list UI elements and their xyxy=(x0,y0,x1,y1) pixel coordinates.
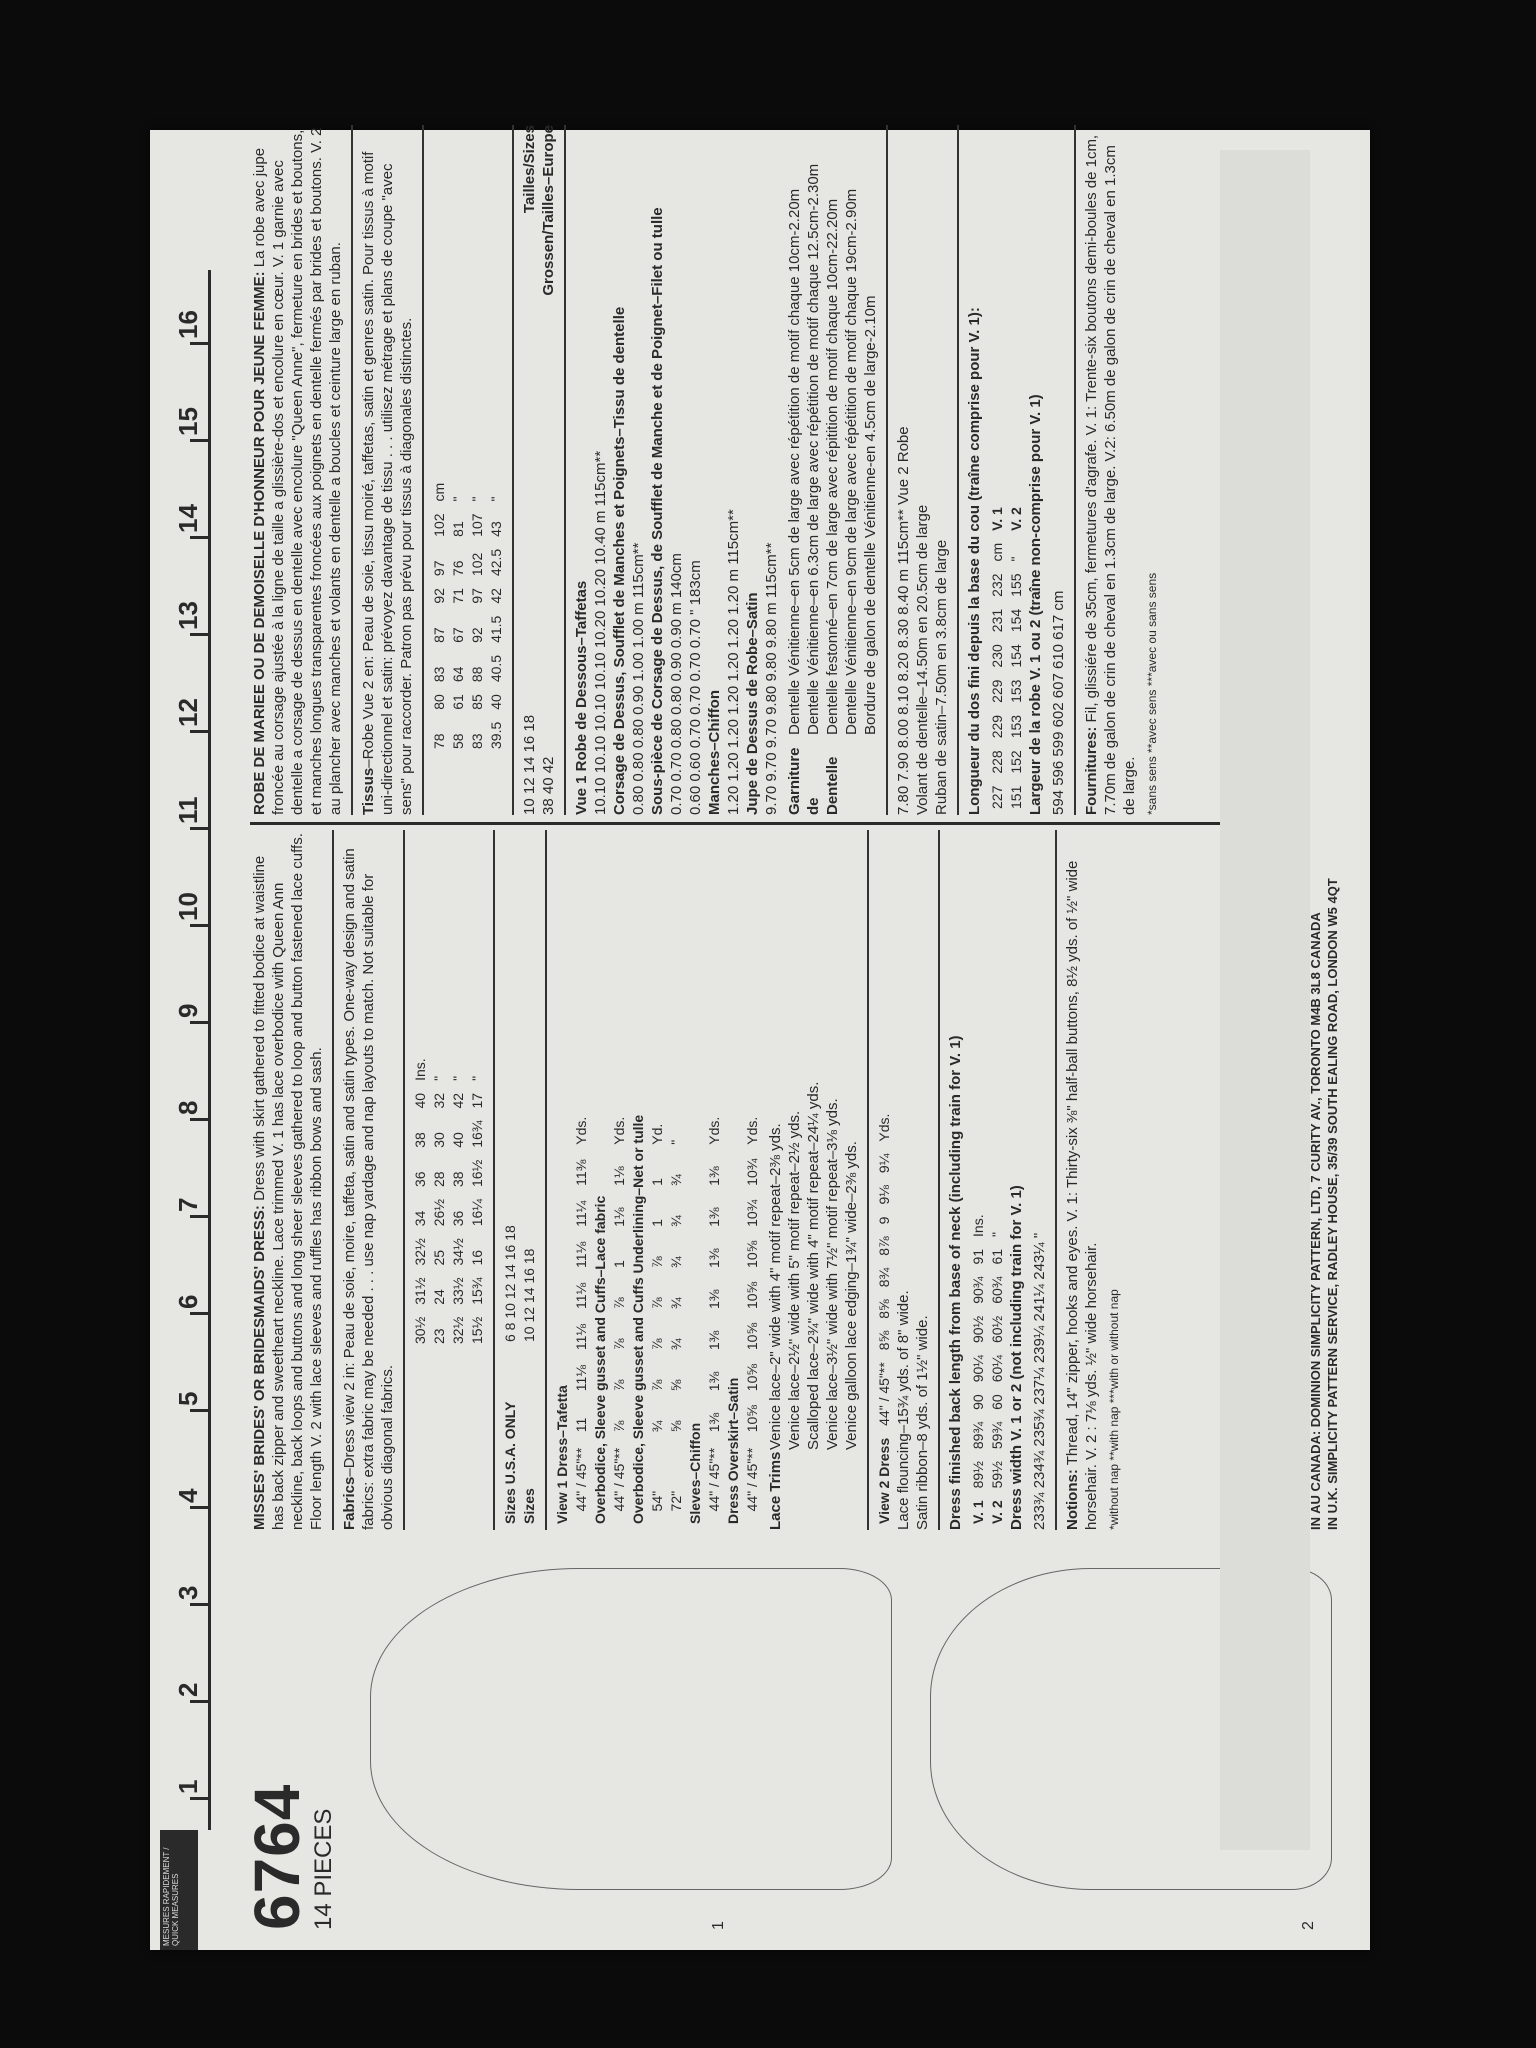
lace-trims-list: Venice lace–2" wide with 4" motif repeat… xyxy=(766,1082,861,1450)
ruler-tick xyxy=(190,1118,208,1121)
fabric-label-row: View 1 Dress–Tafetta xyxy=(553,1109,572,1530)
fabric-label-row: Sleves–Chiffon xyxy=(686,1109,705,1530)
french-section: ROBE DE MARIEE OU DE DEMOISELLE D'HONNEU… xyxy=(250,125,1166,815)
metrage-values: 1.20 1.20 1.20 1.20 1.20 1.20 1.20 m 115… xyxy=(724,125,743,815)
view-1-label: 1 xyxy=(710,1921,728,1930)
view2-extra: Lace flouncing–15¾ yds. of 8" wide. xyxy=(894,830,913,1530)
fournitures-label: Fournitures: xyxy=(1083,727,1100,815)
tissus-label: Tissus xyxy=(360,768,377,815)
metrage-label: Vue 1 Robe de Dessous–Taffetas xyxy=(572,125,591,815)
ruler-number: 5 xyxy=(173,1392,204,1406)
largeur-title: Largeur de la robe V. 1 ou 2 (traîne non… xyxy=(1026,125,1045,815)
yardage-row: 72"⅝⅝¾¾¾¾¾" xyxy=(667,1109,686,1530)
footer-line-3: IN U.K. SIMPLICITY PATTERN SERVICE, RADL… xyxy=(1324,740,1341,1530)
ruler-tick xyxy=(190,1409,208,1412)
fabrics-label: Fabrics xyxy=(341,1477,358,1530)
ruler-tick xyxy=(190,730,208,733)
measurement-row: 32½33½34½36384042" xyxy=(449,1052,468,1350)
english-section: MISSES' BRIDES' OR BRIDESMAIDS' DRESS: D… xyxy=(250,830,1128,1530)
metrage-values: 10.10 10.10 10.10 10.10 10.20 10.20 10.4… xyxy=(591,125,610,815)
french-title: ROBE DE MARIEE OU DE DEMOISELLE D'HONNEU… xyxy=(251,271,268,815)
ruler-tick xyxy=(190,342,208,345)
ruler-tick xyxy=(190,439,208,442)
yardage-row: 44" / 45"**1111⅛11⅛11⅛11⅛11¼11⅜Yds. xyxy=(572,1109,591,1530)
metrage-values: 0.80 0.80 0.80 0.90 1.00 1.00 m 115cm** xyxy=(629,125,648,815)
lace-trim-item: Venice lace–2" wide with 4" motif repeat… xyxy=(766,1082,785,1450)
ruler-tick xyxy=(190,633,208,636)
yardage-row: 54"¾⅞⅞⅞⅞11Yd. xyxy=(648,1109,667,1530)
fabric-label-row: Overbodice, Sleeve gusset and Cuffs Unde… xyxy=(629,1109,648,1530)
measurement-row: 30½31½32½34363840Ins. xyxy=(411,1052,430,1350)
measurement-row: 58616467717681" xyxy=(449,477,468,755)
ruler-tick xyxy=(190,1700,208,1703)
yardage-row: 44" / 45"**⅞⅞⅞⅞11⅛1⅛Yds. xyxy=(610,1109,629,1530)
yardage-row: 44" / 45"**1⅜1⅜1⅜1⅜1⅜1⅜1⅜Yds. xyxy=(705,1109,724,1530)
metrage-list: Vue 1 Robe de Dessous–Taffetas10.10 10.1… xyxy=(572,125,781,815)
back-length-row: V. 189½89¾9090¼90½90¾91Ins. xyxy=(969,1208,988,1530)
fabric-label-row: Overbodice, Sleeve gusset and Cuffs–Lace… xyxy=(591,1109,610,1530)
column-divider xyxy=(250,822,1290,825)
ruler-number: 12 xyxy=(173,698,204,727)
measurement-row: 8385889297102107" xyxy=(468,477,487,755)
back-length-row: V. 259½59¾6060¼60½60¾61" xyxy=(988,1208,1007,1530)
lace-trim-item: Venice lace–2½" wide with 5" motif repea… xyxy=(785,1082,804,1450)
vue2-extra: Volant de dentelle–14.50m en 20.5cm de l… xyxy=(913,125,932,815)
longueur-title: Longueur du dos fini depuis la base du c… xyxy=(965,125,984,815)
pattern-envelope: MESURES RAPIDEMENT / QUICK MEASURES 1234… xyxy=(150,130,1370,1950)
europe-label: Grossen/Tailles–Europe xyxy=(539,125,558,296)
measurement-row: 15½15¾1616¼16½16¾17" xyxy=(468,1052,487,1350)
yardage-row: 44" / 45"**10⅝10⅝10⅝10⅝10⅝10¾10¾Yds. xyxy=(743,1109,762,1530)
ruler-number: 10 xyxy=(173,892,204,921)
french-footnote: *sans sens **avec sens ***avec ou sans s… xyxy=(1143,125,1162,815)
sizes-usa-label: Sizes U.S.A. ONLY xyxy=(501,1348,520,1530)
fournitures-text: Fil, glissiére de 35cm, fermetures d'agr… xyxy=(1083,135,1138,815)
ruler-tick xyxy=(190,1312,208,1315)
ruler-label: MESURES RAPIDEMENT / QUICK MEASURES xyxy=(160,1830,198,1950)
view2-table: View 2 Dress44" / 45"**8⅝8⅝8¾8⅞99⅛9¼Yds. xyxy=(875,1108,894,1530)
notions-label: Notions: xyxy=(1064,1469,1081,1530)
body-measurements-table: 30½31½32½34363840Ins.23242526½283032"32½… xyxy=(411,1052,487,1350)
metrage-label: Jupe de Dessus de Robe–Satin xyxy=(743,125,762,815)
lace-trim-item: Scalloped lace–2¾" wide with 4" motif re… xyxy=(804,1082,823,1450)
sizes-table: Sizes U.S.A. ONLY6 8 10 12 14 16 18 Size… xyxy=(501,1219,539,1530)
longueur-table: 227228229229230231232cmV. 11511521531531… xyxy=(988,501,1026,815)
tissus-text: –Robe Vue 2 en: Peau de soie, tissu moir… xyxy=(360,152,415,815)
metrage-label: Corsage de Dessus, Soufflet de Manches e… xyxy=(610,125,629,815)
measurement-row: 788083879297102cm xyxy=(430,477,449,755)
tailles-label: Tailles/Sizes xyxy=(520,125,539,296)
garniture-list: Dentelle Vénitienne–en 5cm de large avec… xyxy=(785,164,880,735)
vue2-extra: Ruban de satin–7.50m en 3.8cm de large xyxy=(932,125,951,815)
french-sizes: 10 12 14 16 18 xyxy=(520,715,539,815)
lace-trim-item: Venice lace–3½" wide with 7½" motif repe… xyxy=(823,1082,842,1450)
back-length-title: Dress finished back length from base of … xyxy=(946,830,965,1530)
ruler-number: 14 xyxy=(173,504,204,533)
french-measurements-table: 788083879297102cm58616467717681"83858892… xyxy=(430,477,506,755)
longueur-row: 151152153153154154155"V. 2 xyxy=(1007,501,1026,815)
metrage-label: Manches–Chiffon xyxy=(705,125,724,815)
ruler-tick xyxy=(190,924,208,927)
back-length-table: V. 189½89¾9090¼90½90¾91Ins.V. 259½59¾606… xyxy=(969,1208,1007,1530)
ruler-number: 6 xyxy=(173,1295,204,1309)
ruler-number: 16 xyxy=(173,310,204,339)
envelope-flap xyxy=(1220,150,1310,1850)
width-values: 233¾ 234¾ 235¾ 237¼ 239¼ 241¼ 243¼ " xyxy=(1030,830,1049,1530)
garniture-item: Dentelle festonné–en 7cm de large avec r… xyxy=(823,164,842,735)
europe-sizes: 38 40 42 xyxy=(539,715,558,815)
fabrics-text: –Dress view 2 in: Peau de soie, moire, t… xyxy=(341,848,396,1530)
longueur-row: 227228229229230231232cmV. 1 xyxy=(988,501,1007,815)
measurement-row: 23242526½283032" xyxy=(430,1052,449,1350)
ruler-tick xyxy=(190,1215,208,1218)
yardage-table: View 1 Dress–Tafetta44" / 45"**1111⅛11⅛1… xyxy=(553,1109,762,1530)
ruler-number: 9 xyxy=(173,1004,204,1018)
english-footnote: *without nap **with nap ***with or witho… xyxy=(1105,830,1124,1530)
sizes-label: Sizes xyxy=(520,1348,539,1530)
ruler-number: 3 xyxy=(173,1586,204,1600)
metrage-values: 9.70 9.70 9.70 9.80 9.80 9.80 m 115cm** xyxy=(762,125,781,815)
ruler-number: 2 xyxy=(173,1683,204,1697)
metrage-values: 0.70 0.70 0.80 0.80 0.90 0.90 m 140cm xyxy=(667,125,686,815)
ruler-tick xyxy=(190,1021,208,1024)
ruler-number: 8 xyxy=(173,1101,204,1115)
garniture-item: Dentelle Vénitienne–en 9cm de large avec… xyxy=(842,164,861,735)
largeur-values: 594 596 599 602 607 610 617 cm xyxy=(1049,125,1068,815)
fabric-label-row: Dress Overskirt–Satin xyxy=(724,1109,743,1530)
piece-count: 14 PIECES xyxy=(310,1809,338,1930)
metrage-values: 0.60 0.60 0.70 0.70 0.70 0.70 " 183cm xyxy=(686,125,705,815)
ruler-tick xyxy=(190,1506,208,1509)
ruler-number: 7 xyxy=(173,1198,204,1212)
view2-row: View 2 Dress44" / 45"**8⅝8⅝8¾8⅞99⅛9¼Yds. xyxy=(875,1108,894,1530)
view2-extra: Satin ribbon–8 yds. of 1½" wide. xyxy=(913,830,932,1530)
dress-illustration-view-1 xyxy=(370,1568,892,1890)
envelope-back-content: MESURES RAPIDEMENT / QUICK MEASURES 1234… xyxy=(150,130,1370,1950)
ruler-number: 15 xyxy=(173,407,204,436)
width-title: Dress width V. 1 or 2 (not including tra… xyxy=(1007,830,1026,1530)
ruler-tick xyxy=(190,827,208,830)
pattern-number: 6764 xyxy=(240,1784,314,1930)
garniture-item: Dentelle Vénitienne–en 5cm de large avec… xyxy=(785,164,804,735)
ruler-number: 1 xyxy=(173,1780,204,1794)
english-title: MISSES' BRIDES' OR BRIDESMAIDS' DRESS: xyxy=(251,1205,268,1530)
vue2-row: 7.80 7.90 8.00 8.10 8.20 8.30 8.40 m 115… xyxy=(894,125,913,815)
notions-text: Thread, 14" zipper, hooks and eyes. V. 1… xyxy=(1064,861,1100,1530)
view-2-label: 2 xyxy=(1300,1921,1318,1930)
ruler-number: 4 xyxy=(173,1489,204,1503)
ruler-number: 11 xyxy=(173,797,204,825)
ruler-tick xyxy=(190,1603,208,1606)
metrage-label: Sous-pièce de Corsage de Dessus, de Souf… xyxy=(648,125,667,815)
measurement-row: 39.54040.541.54242.543" xyxy=(487,477,506,755)
measuring-ruler: 12345678910111213141516 xyxy=(160,270,211,1830)
ruler-tick xyxy=(190,1797,208,1800)
garniture-item: Dentelle Vénitienne–en 6.3cm de large av… xyxy=(804,164,823,735)
garniture-label: Garniture de Dentelle xyxy=(785,735,880,815)
lace-trim-item: Venice galloon lace edging–1¾" wide–2⅜ y… xyxy=(842,1082,861,1450)
garniture-item: Bordure de galon de dentelle Vénitienne-… xyxy=(861,164,880,735)
lace-trims-label: Lace Trims xyxy=(766,1450,861,1530)
ruler-number: 13 xyxy=(173,601,204,630)
ruler-tick xyxy=(190,536,208,539)
